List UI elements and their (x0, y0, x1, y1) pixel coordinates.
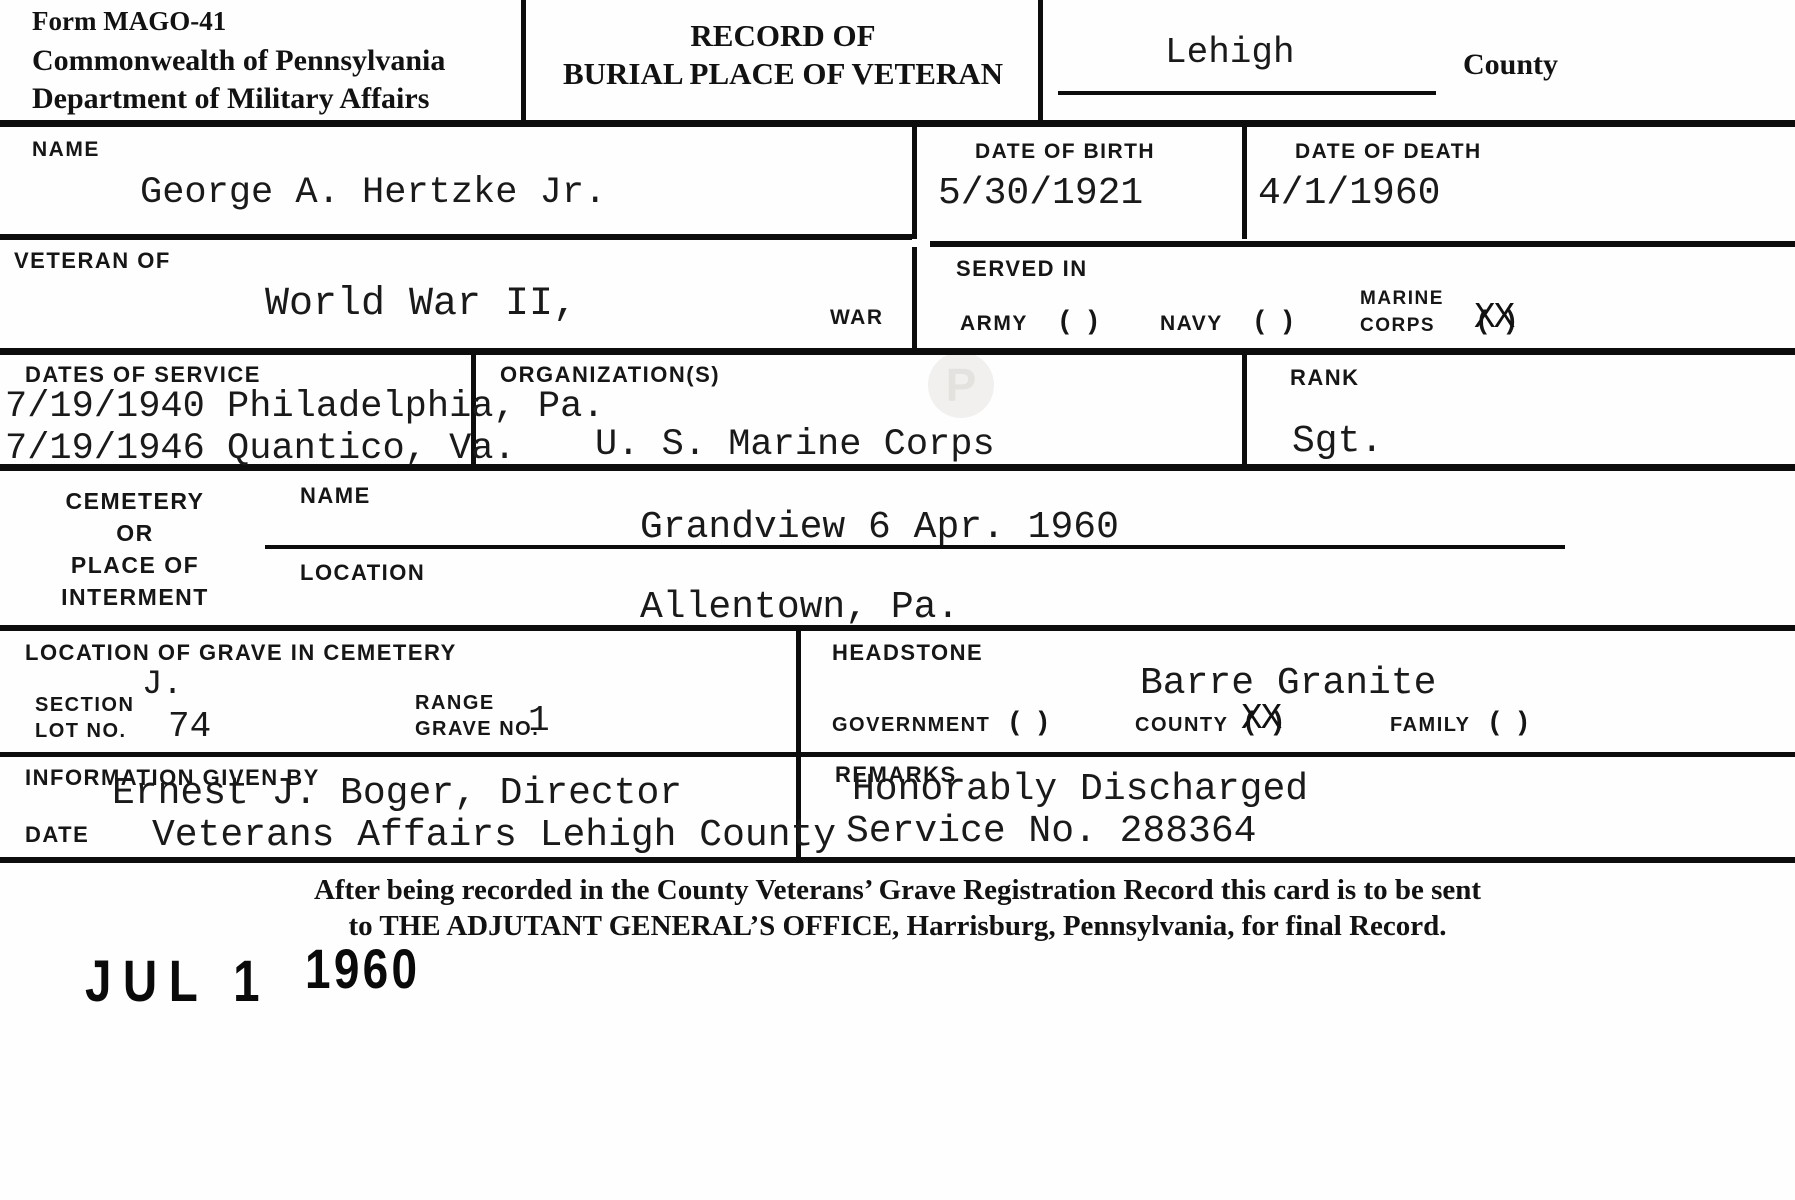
dates-line2: 7/19/1946 Quantico, Va. (5, 428, 516, 470)
dob-label: DATE OF BIRTH (975, 140, 1155, 164)
lot-no-label: LOT NO. (35, 720, 127, 743)
rank-value: Sgt. (1292, 420, 1383, 463)
county-label: County (1463, 48, 1558, 82)
divider (0, 120, 1795, 127)
divider (912, 127, 917, 239)
served-in-label: SERVED IN (956, 256, 1088, 282)
footer-note-line2: to THE ADJUTANT GENERAL’S OFFICE, Harris… (0, 910, 1795, 943)
grave-no-value: 1 (528, 700, 550, 741)
county-checkbox: ( ) XX (1245, 706, 1288, 737)
government-paren: ( ) (1010, 706, 1053, 736)
lot-no-value: 74 (168, 706, 211, 747)
marine-label2: CORPS (1360, 315, 1435, 337)
divider (1242, 355, 1247, 467)
headstone-label: HEADSTONE (832, 640, 983, 666)
divider (0, 234, 912, 240)
navy-paren: ( ) (1255, 305, 1298, 335)
remarks-line2: Service No. 288364 (846, 810, 1256, 853)
card-title-line2: BURIAL PLACE OF VETERAN (527, 56, 1039, 92)
county-underline (1058, 91, 1436, 95)
dates-of-service-label: DATES OF SERVICE (25, 362, 261, 388)
navy-label: NAVY (1160, 312, 1223, 336)
war-label: WAR (830, 306, 884, 330)
divider (930, 241, 1795, 247)
dod-label: DATE OF DEATH (1295, 140, 1482, 164)
marine-corps-checkbox: ( ) XX (1478, 305, 1521, 336)
divider (1038, 0, 1043, 122)
divider (0, 625, 1795, 631)
burial-record-card: P Form MAGO-41 Commonwealth of Pennsylva… (0, 0, 1795, 1200)
cemetery-location-value: Allentown, Pa. (640, 586, 959, 629)
date-stamp-month-day: JUL 1 (85, 948, 271, 1015)
range-label: RANGE (415, 692, 495, 715)
cemetery-name-label: NAME (300, 483, 371, 509)
org-line2: Department of Military Affairs (32, 82, 429, 116)
remarks-line1: Honorably Discharged (852, 768, 1308, 811)
family-label: FAMILY (1390, 714, 1471, 737)
family-paren: ( ) (1490, 706, 1533, 736)
veteran-of-label: VETERAN OF (14, 248, 171, 274)
cemetery-name-value: Grandview 6 Apr. 1960 (640, 506, 1119, 549)
government-label: GOVERNMENT (832, 714, 990, 737)
rank-label: RANK (1290, 365, 1360, 391)
cemetery-name-underline (265, 545, 1565, 549)
organization-value: U. S. Marine Corps (595, 424, 995, 466)
headstone-county-label: COUNTY (1135, 714, 1228, 737)
dob-value: 5/30/1921 (938, 172, 1143, 215)
name-label: NAME (32, 138, 100, 162)
card-title-line1: RECORD OF (527, 18, 1039, 54)
navy-checkbox: ( ) (1255, 305, 1298, 336)
dod-value: 4/1/1960 (1258, 172, 1440, 215)
war-value: World War II, (265, 282, 577, 327)
date-stamp-year: 1960 (305, 936, 420, 1001)
information-given-by-value: Ernest J. Boger, Director (112, 772, 682, 815)
org-line1: Commonwealth of Pennsylvania (32, 44, 445, 78)
marine-label1: MARINE (1360, 288, 1444, 310)
cemetery-label-line4: INTERMENT (35, 584, 235, 611)
scan-watermark: P (928, 352, 994, 418)
section-label: SECTION (35, 694, 134, 717)
army-label: ARMY (960, 312, 1028, 336)
cemetery-label-line2: OR (35, 520, 235, 547)
family-checkbox: ( ) (1490, 706, 1533, 737)
army-checkbox: ( ) (1060, 305, 1103, 336)
divider (1242, 127, 1247, 239)
grave-no-label: GRAVE NO. (415, 718, 539, 741)
army-paren: ( ) (1060, 305, 1103, 335)
date-label: DATE (25, 822, 89, 848)
footer-note-line1: After being recorded in the County Veter… (0, 874, 1795, 907)
dates-line1: 7/19/1940 Philadelphia, Pa. (5, 386, 605, 428)
headstone-type-value: Barre Granite (1140, 662, 1436, 705)
marine-xx-mark: XX (1474, 297, 1513, 338)
date-value: Veterans Affairs Lehigh County (152, 814, 836, 857)
form-number: Form MAGO-41 (32, 6, 226, 37)
name-value: George A. Hertzke Jr. (140, 172, 606, 214)
divider (912, 247, 917, 349)
government-checkbox: ( ) (1010, 706, 1053, 737)
divider (0, 857, 1795, 863)
divider (0, 752, 1795, 757)
grave-section-title: LOCATION OF GRAVE IN CEMETERY (25, 640, 457, 666)
county-xx-mark: XX (1241, 698, 1280, 739)
divider (521, 0, 526, 122)
cemetery-label-line1: CEMETERY (35, 488, 235, 515)
cemetery-label-line3: PLACE OF (35, 552, 235, 579)
cemetery-location-label: LOCATION (300, 560, 425, 586)
county-value: Lehigh (1165, 32, 1295, 73)
organizations-label: ORGANIZATION(S) (500, 362, 720, 388)
section-value: J. (142, 666, 183, 704)
divider (0, 348, 1795, 355)
